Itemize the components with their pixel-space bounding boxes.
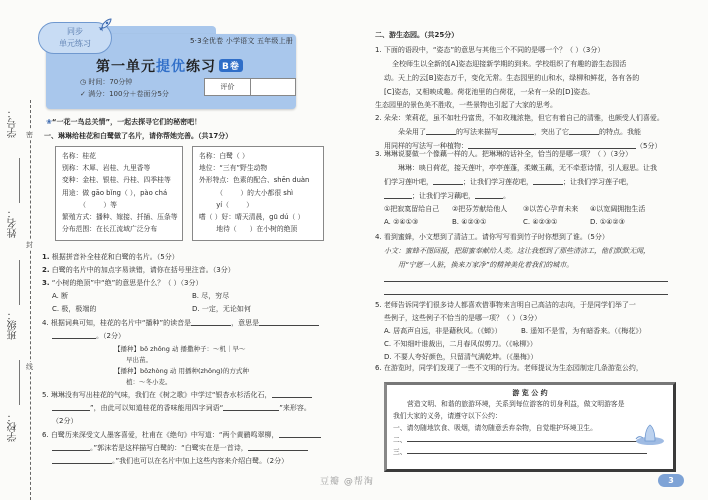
q4-answer-line-1[interactable]: [384, 281, 668, 282]
r-question-2-fill: 朵朵用了的写法来描写，突出了它的特点。我能: [398, 127, 641, 137]
q2-text-b: 的写法来描写: [456, 128, 498, 136]
r-q3-option-d[interactable]: D. ①④②③: [590, 218, 625, 226]
q5-text-end: ”来形容。: [279, 404, 311, 412]
dictionary-entry-1-cont: 早出苗。: [126, 355, 152, 364]
q4-pronunciation-blank[interactable]: [191, 319, 231, 326]
card-line[interactable]: （ ）等: [62, 199, 176, 211]
q2-blank-4[interactable]: [468, 142, 636, 149]
section-2-title: 二、游生态园。（共25分）: [375, 30, 458, 40]
r-q3-option-b[interactable]: B. ④②③①: [452, 218, 486, 226]
name-line: [19, 260, 20, 305]
r-question-1: 1. 下面的语段中，“姿态”的意思与其他三个不同的是哪一个？（ ）（3分）: [375, 45, 604, 55]
question-4: 4. 根据词典可知，桂花的名片中“播种”的读音是，意思是: [42, 318, 319, 328]
r-q3-paragraph-2: 们学习莲叶吧，；让我们学习莲花吧，；让我们学习莲子吧，: [384, 177, 633, 187]
pact-rule-1: 一、请勿随地饮食、吸烟，请勿随意丢弃杂物，自觉维护环境卫生。: [387, 422, 673, 434]
question-5-cont: ”，由此可以知道桂花的香味能用四字词语“”来形容。: [52, 403, 311, 413]
r-transition: 生态园里的景色美不胜收，一些景物也引起了大家的思考。: [375, 100, 557, 110]
q6-text: 6. 白鹭历来深受文人墨客喜爱，杜甫在《绝句》中写道：“两个黄鹂鸣翠柳，: [42, 431, 279, 439]
r-q5-option-d[interactable]: D. 不要人夸好颜色，只留清气满乾坤。（《墨梅》）: [384, 352, 537, 362]
time-info: ◷ 时间：70分钟: [80, 77, 132, 87]
card-line: 分布范围：在长江流域广泛分布: [62, 223, 176, 235]
q5-blank-2[interactable]: [223, 404, 279, 411]
q3-blank-2[interactable]: [533, 178, 563, 185]
card-line: 别称：木犀、岩桂、九里香等: [62, 162, 176, 174]
r-q3-choice-4: ④以宽阔拥抱生活: [590, 204, 645, 214]
r-question-3: 3. 琳琳说要做一个像藕一样的人。把琳琳的话补全，恰当的是哪一项？（ ）（3分）: [375, 149, 632, 159]
card-line[interactable]: （ ）的大小都很 shì: [199, 187, 317, 199]
section-1-title: 一、琳琳给桂花和白鹭做了名片，请你帮她完善。（共17分）: [44, 131, 232, 141]
q2-text-d: 的特点。我能: [599, 128, 641, 136]
q3-option-b[interactable]: B. 尽，穷尽: [192, 291, 229, 301]
r-q4-example-2: 用“宁愿一人脏，换来万家净”的精神美化着我们的城市。: [398, 260, 573, 270]
card-line[interactable]: 地待（ ）在小树的绝顶: [199, 223, 317, 235]
q2-blank-1[interactable]: [426, 128, 456, 135]
question-5-score: （2分）: [52, 416, 77, 426]
title-part-1: 第一单元: [96, 59, 156, 75]
title-part-2: 练习: [186, 59, 216, 75]
card-line[interactable]: yí（ ）: [199, 199, 317, 211]
question-6-cont: 。”郭沫若是这样描写白鹭的：“白鹭实在是一首诗，: [52, 443, 308, 453]
question-text: 根据拼音补全桂花和白鹭的名片。（5分）: [52, 253, 179, 261]
cut-mark-closed: 封: [26, 240, 33, 250]
card-line: 地位：“三有”野生动物: [199, 162, 317, 174]
dictionary-entry-1: 【播种】bō zhǒng 动 播撒种子：～机｜早～: [114, 344, 246, 353]
question-1: 1. 根据拼音补全桂花和白鹭的名片。（5分）: [42, 252, 179, 262]
q4-answer-line-2[interactable]: [384, 294, 668, 295]
rule-3-label: 三、: [393, 448, 407, 456]
r-q3-paragraph-1: 琳琳：映日荷花，接天莲叶，亭亭莲蓬，柔嫩玉藕，无不牵惹诗情，引人遐思。让我: [398, 163, 657, 173]
class-line: [19, 360, 20, 405]
q3-text-b: ；让我们学习莲花吧，: [463, 178, 533, 186]
card-line[interactable]: 用途：做 gāo bǐng（ ），pào chá: [62, 187, 176, 199]
card-line: 名称：桂花: [62, 150, 176, 162]
pact-rule-3: 三、: [387, 446, 673, 458]
visitor-code-box: 游 览 公 约 营造文明、和谐的旅游环境，关系到每位游客的切身利益，做文明游客是…: [384, 382, 676, 472]
q6-text-3: 。”我们也可以在名片中加上这些内容来介绍白鹭。（2分）: [112, 457, 288, 465]
r-q1-paragraph-1: 全校师生以全新的[A]姿态迎接新学期的到来。学校组织了有趣的游生态园活: [392, 59, 626, 69]
r-question-6: 6. 在游览时，同学们发现了一些不文明的行为。老师提议为生态园制定几条游览公约，: [375, 363, 643, 373]
card-line[interactable]: 嗜（ ）好：晴天清晨，gū dú（ ）: [199, 211, 317, 223]
school-label: 学校：: [6, 412, 21, 442]
r-q4-example-1: 小文：蜜蜂不图回报，把甜蜜奉献给人类。这让我想到了那些清洁工，他们默默无闻，: [384, 246, 650, 256]
r-q1-paragraph-2: 动。天上的云[B]姿态万千，变化无常。生态园里的山和水，绿柳和鲜花，各有各的: [384, 73, 639, 83]
r-q3-option-a[interactable]: A. ②④①③: [384, 218, 418, 226]
r-q5-option-b[interactable]: B. 遥知不是雪，为有暗香来。（《梅花》）: [521, 326, 646, 336]
q3-blank-4[interactable]: [475, 192, 503, 199]
q6-blank-2[interactable]: [248, 444, 308, 451]
r-question-2: 2. 朵朵：茉莉花，虽不如牡丹富贵，不如玫瑰浓艳，但它有着自己的清雅，也颇受人们…: [375, 113, 664, 123]
grade-field[interactable]: [251, 79, 295, 95]
dictionary-entry-2: 【播种】bōzhòng 动 用播种(zhǒng)的方式种: [114, 366, 249, 375]
intro-text: ❀“一花一鸟总关情”，一起去探寻它们的秘密吧！: [46, 117, 201, 127]
card-line: 变种：金桂、银桂、丹桂、四季桂等: [62, 174, 176, 186]
q3-text-a: 们学习莲叶吧，: [384, 178, 433, 186]
r-q3-choice-1: ①把寂寞留给自己: [384, 204, 439, 214]
q5-text: 5. 琳琳没有写出桂花的气味，我们在《树之歌》中学过“银杏水杉活化石，: [42, 391, 272, 399]
badge-line-2: 单元练习: [39, 38, 111, 50]
fountain-icon: [635, 421, 665, 447]
r-question-5: 5. 老师告诉同学们很多诗人都喜欢借事物来言明自己高洁的志向，于是同学们举了一: [375, 300, 636, 310]
question-5: 5. 琳琳没有写出桂花的气味，我们在《树之歌》中学过“银杏水杉活化石，: [42, 390, 312, 400]
cut-line: [30, 100, 31, 500]
question-6-cont-2: 。”我们也可以在名片中加上这些内容来介绍白鹭。（2分）: [52, 456, 288, 466]
r-q3-option-c[interactable]: C. ④②③①: [523, 218, 557, 226]
r-q3-choice-2: ②把芬芳献给他人: [452, 204, 507, 214]
card-line: 外形特点：色素的配合、shēn duàn: [199, 174, 317, 186]
question-2: 2. 白鹭的名片中的加点字易读错，请你在括号里注音。（3分）: [42, 265, 235, 275]
card-line: 繁殖方式：播种、嫁接、扦插、压条等: [62, 211, 176, 223]
q2-text-c: ，突出了它: [534, 128, 569, 136]
question-3: 3. “小树的绝顶”中“绝”的意思是什么？（ ）（3分）: [42, 278, 202, 288]
q3-option-c[interactable]: C. 极，极端的: [52, 304, 96, 314]
student-id-line: [19, 158, 20, 203]
pact-title: 游 览 公 约: [387, 388, 673, 398]
q4-end: 。（2分）: [96, 332, 125, 340]
pact-para-1: 营造文明、和谐的旅游环境，关系到每位游客的切身利益，做文明游客是: [387, 398, 673, 410]
grade-label: 评价: [205, 79, 251, 95]
score-info: ✓ 满分：100分＋卷面分5分: [80, 89, 169, 99]
question-number: 2.: [42, 266, 50, 274]
check-icon: ✓: [80, 90, 88, 98]
egret-card: 名称：白鹭（ ） 地位：“三有”野生动物 外形特点：色素的配合、shēn duà…: [192, 146, 324, 241]
page-title: 第一单元提优练习B卷: [96, 56, 243, 76]
version-badge: B卷: [219, 59, 243, 72]
rule-2-blank[interactable]: [407, 435, 647, 442]
q6-blank-1[interactable]: [279, 431, 321, 438]
series-label: 5·3全优卷 小学语文 五年级上册: [190, 36, 293, 46]
question-number: 3.: [42, 279, 50, 287]
name-label: 姓名：: [6, 208, 21, 238]
dictionary-entry-2-cont: 植：～冬小麦。: [126, 377, 172, 386]
grade-box: 评价: [204, 78, 296, 96]
r-q3-paragraph-3: ；让我们学习藕吧，。: [384, 191, 510, 201]
student-id-label: 学号：: [6, 108, 21, 138]
q5-blank-1[interactable]: [272, 391, 312, 398]
q6-blank-2b[interactable]: [52, 457, 112, 464]
class-label: 班级：: [6, 310, 21, 340]
intro-label: “一花一鸟总关情”，一起去探寻它们的秘密吧！: [52, 118, 201, 126]
time-text: 时间：70分钟: [88, 78, 132, 86]
q3-blank-1[interactable]: [433, 178, 463, 185]
r-q3-choice-3: ③以苦心孕育未来: [523, 204, 578, 214]
q6-blank-1b[interactable]: [52, 444, 90, 451]
r-question-5-cont: 些例子，这些例子不恰当的是哪一项？（ ）（3分）: [384, 313, 541, 323]
pact-para-2: 我们大家的义务，请遵守以下公约：: [387, 410, 673, 422]
cut-mark-seal: 密: [26, 130, 33, 140]
q3-text-d: ；让我们学习藕吧，: [412, 192, 475, 200]
question-text: “小树的绝顶”中“绝”的意思是什么？（ ）（3分）: [52, 279, 203, 287]
cut-mark-line: 线: [26, 362, 33, 372]
rocket-icon: [98, 18, 112, 35]
q5-text-2: ”，由此可以知道桂花的香味能用四字词语“: [90, 404, 223, 412]
q4-meaning-blank[interactable]: [259, 319, 319, 326]
q4-meaning-blank-2[interactable]: [52, 332, 96, 339]
q2-score: （5分）: [636, 142, 661, 150]
q2-text-a: 朵朵用了: [398, 128, 426, 136]
r-q5-option-c[interactable]: C. 不知细叶谁裁出，二月春风似剪刀。（《咏柳》）: [384, 339, 537, 349]
r-question-4: 4. 看到蜜蜂，小文想到了清洁工。请你写写看到竹子时你想到了谁。（5分）: [375, 232, 609, 242]
binding-strip: 学号： 姓名： 班级： 学校： 密 封 线: [0, 100, 40, 500]
q2-blank-3[interactable]: [569, 128, 599, 135]
q4-text: 4. 根据词典可知，桂花的名片中“播种”的读音是: [42, 319, 191, 327]
q3-option-d[interactable]: D. 一定，无论如何: [192, 304, 251, 314]
left-page: 学号： 姓名： 班级： 学校： 密 封 线 同步 单元练习 5·3全优卷 小学语…: [0, 0, 354, 500]
watermark: 豆瓣 @帮淘: [320, 474, 374, 487]
question-4-cont: 。（2分）: [52, 331, 125, 341]
q3-blank-3[interactable]: [384, 192, 412, 199]
q4-mid: ，意思是: [231, 319, 259, 327]
osmanthus-card: 名称：桂花 别称：木犀、岩桂、九里香等 变种：金桂、银桂、丹桂、四季桂等 用途：…: [55, 146, 183, 241]
title-highlight: 提优: [156, 59, 186, 75]
q3-text-e: 。: [503, 192, 510, 200]
rule-2-label: 二、: [393, 436, 407, 444]
pact-rule-2: 二、: [387, 434, 673, 446]
q5-blank-1b[interactable]: [52, 404, 90, 411]
q6-text-2: 。”郭沫若是这样描写白鹭的：“白鹭实在是一首诗，: [90, 444, 248, 452]
q3-text-c: ；让我们学习莲子吧，: [563, 178, 633, 186]
rule-3-blank[interactable]: [407, 447, 647, 454]
r-q5-option-a[interactable]: A. 居高声自远，非是藉秋风。（《蝉》）: [384, 326, 502, 336]
page-number: 3: [658, 474, 684, 487]
card-line[interactable]: 名称：白鹭（ ）: [199, 150, 317, 162]
score-text: 满分：100分＋卷面分5分: [88, 90, 169, 98]
question-number: 1.: [42, 253, 50, 261]
q2-blank-2[interactable]: [498, 128, 534, 135]
question-text: 白鹭的名片中的加点字易读错，请你在括号里注音。（3分）: [52, 266, 235, 274]
question-6: 6. 白鹭历来深受文人墨客喜爱，杜甫在《绝句》中写道：“两个黄鹂鸣翠柳，: [42, 430, 321, 440]
r-q1-paragraph-3: [C]姿态，又相映成趣。荷花池里的白荷花，一朵有一朵的[D]姿态。: [384, 87, 594, 97]
q3-option-a[interactable]: A. 断: [52, 291, 68, 301]
